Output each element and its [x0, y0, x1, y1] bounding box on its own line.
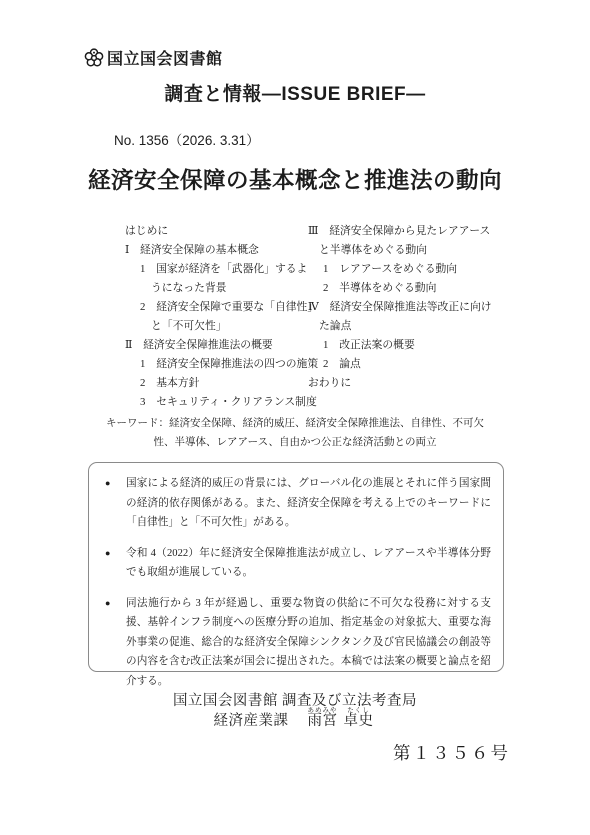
toc-entry: Ⅰ 経済安全保障の基本概念 [125, 241, 308, 260]
toc-entry-label: Ⅰ 経済安全保障の基本概念 [125, 244, 259, 256]
toc-entry-label: 1 レアアースをめぐる動向 [323, 263, 457, 275]
toc-entry: うになった背景 [125, 279, 308, 298]
summary-bullet-text: 同法施行から 3 年が経過し、重要な物資の供給に不可欠な役務に対する支援、基幹イ… [126, 594, 491, 692]
footer-author-line: 経済産業課雨宮あめみや卓史たくし [0, 707, 590, 730]
author-given-furigana: たくし [344, 707, 374, 714]
header-logo-row: 国立国会図書館 [84, 46, 223, 69]
bullet-icon: ● [105, 594, 126, 692]
toc-entry: 3 セキュリティ・クリアランス制度 [125, 393, 308, 412]
keywords-block: キーワード：経済安全保障、経済的威圧、経済安全保障推進法、自律性、不可欠 性、半… [0, 414, 590, 452]
toc-entry-label: 2 半導体をめぐる動向 [323, 282, 436, 294]
issue-number-footer: 第１３５６号 [393, 740, 510, 765]
toc-entry-label: 1 国家が経済を「武器化」するよ [140, 263, 307, 275]
toc-entry-label: Ⅱ 経済安全保障推進法の概要 [125, 339, 273, 351]
table-of-contents: はじめに Ⅰ 経済安全保障の基本概念 1 国家が経済を「武器化」するよ うになっ… [125, 222, 503, 412]
toc-entry-label: 3 セキュリティ・クリアランス制度 [140, 396, 317, 408]
toc-entry-label: 2 基本方針 [140, 377, 199, 389]
publisher-name: 国立国会図書館 [107, 46, 223, 69]
toc-entry-label: た論点 [319, 320, 351, 332]
summary-bullet: ● 令和 4（2022）年に経済安全保障推進法が成立し、レアアースや半導体分野で… [105, 544, 491, 583]
toc-entry-label: はじめに [125, 225, 168, 237]
summary-bullet: ● 国家による経済的威圧の背景には、グローバル化の進展とそれに伴う国家間の経済的… [105, 474, 491, 533]
toc-left-column: はじめに Ⅰ 経済安全保障の基本概念 1 国家が経済を「武器化」するよ うになっ… [125, 222, 308, 412]
toc-entry: 1 国家が経済を「武器化」するよ [125, 260, 308, 279]
toc-entry: Ⅱ 経済安全保障推進法の概要 [125, 336, 308, 355]
toc-entry-label: おわりに [308, 377, 351, 389]
bullet-icon: ● [105, 544, 126, 583]
toc-entry-label: Ⅳ 経済安全保障推進法等改正に向け [308, 301, 492, 313]
toc-entry: 2 経済安全保障で重要な「自律性」 [125, 298, 308, 317]
ndl-emblem-icon [84, 48, 104, 68]
author-surname-furigana: あめみや [308, 707, 338, 714]
author-surname: 雨宮あめみや [308, 713, 338, 729]
toc-entry: と半導体をめぐる動向 [308, 241, 503, 260]
summary-box: ● 国家による経済的威圧の背景には、グローバル化の進展とそれに伴う国家間の経済的… [88, 462, 504, 672]
issue-number-line: No. 1356（2026. 3.31） [114, 129, 260, 149]
toc-entry: 1 改正法案の概要 [308, 336, 503, 355]
toc-entry: 1 経済安全保障推進法の四つの施策 [125, 355, 308, 374]
keywords-line-1: キーワード：経済安全保障、経済的威圧、経済安全保障推進法、自律性、不可欠 [0, 414, 590, 433]
summary-bullet-text: 国家による経済的威圧の背景には、グローバル化の進展とそれに伴う国家間の経済的依存… [126, 474, 491, 533]
toc-entry-label: Ⅲ 経済安全保障から見たレアアース [308, 225, 490, 237]
toc-entry-label: 1 経済安全保障推進法の四つの施策 [140, 358, 318, 370]
toc-entry: Ⅲ 経済安全保障から見たレアアース [308, 222, 503, 241]
author-given-name: 卓史たくし [344, 713, 374, 729]
toc-entry-label: と半導体をめぐる動向 [319, 244, 427, 256]
toc-entry: 2 論点 [308, 355, 503, 374]
issue-brief-cover-page: 国立国会図書館 調査と情報―ISSUE BRIEF― No. 1356（2026… [0, 0, 590, 835]
toc-entry: 2 基本方針 [125, 374, 308, 393]
toc-right-column: Ⅲ 経済安全保障から見たレアアース と半導体をめぐる動向 1 レアアースをめぐる… [308, 222, 503, 412]
keywords-line-2: 性、半導体、レアアース、自由かつ公正な経済活動との両立 [0, 433, 590, 452]
summary-bullet-text: 令和 4（2022）年に経済安全保障推進法が成立し、レアアースや半導体分野でも取… [126, 544, 491, 583]
toc-entry-label: 1 改正法案の概要 [323, 339, 415, 351]
toc-entry: 2 半導体をめぐる動向 [308, 279, 503, 298]
toc-entry-label: 2 論点 [323, 358, 361, 370]
bullet-icon: ● [105, 474, 126, 533]
document-title: 経済安全保障の基本概念と推進法の動向 [0, 163, 590, 195]
toc-entry: た論点 [308, 317, 503, 336]
toc-entry: と「不可欠性」 [125, 317, 308, 336]
toc-entry: Ⅳ 経済安全保障推進法等改正に向け [308, 298, 503, 317]
toc-entry: はじめに [125, 222, 308, 241]
toc-entry-label: と「不可欠性」 [151, 320, 227, 332]
summary-bullet: ● 同法施行から 3 年が経過し、重要な物資の供給に不可欠な役務に対する支援、基… [105, 594, 491, 692]
toc-entry: 1 レアアースをめぐる動向 [308, 260, 503, 279]
toc-entry: おわりに [308, 374, 503, 393]
author-department: 経済産業課 [214, 713, 289, 729]
toc-entry-label: 2 経済安全保障で重要な「自律性」 [140, 301, 318, 313]
toc-entry-label: うになった背景 [151, 282, 227, 294]
series-title: 調査と情報―ISSUE BRIEF― [0, 79, 590, 106]
